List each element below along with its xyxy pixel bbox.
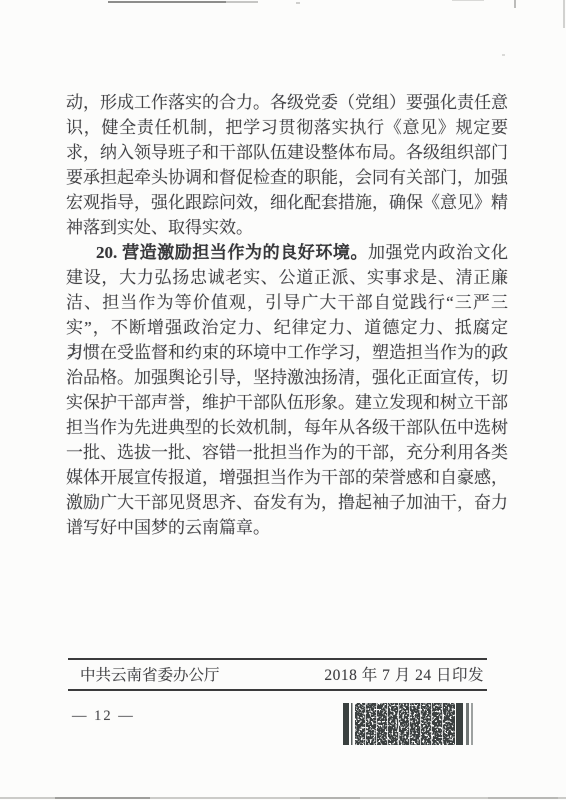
text-line: 实”，不断增强政治定力、纪律定力、道德定力、抵腐定力， [66,315,508,340]
scanned-document-page: 动，形成工作落实的合力。各级党委（党组）要强化责任意识，健全责任机制，把学习贯彻… [0,0,566,800]
print-date: 2018 年 7 月 24 日印发 [324,663,484,685]
page-number: — 12 — [72,708,135,725]
text-line: 识，健全责任机制，把学习贯彻落实执行《意见》规定要 [66,115,508,140]
document-barcode [343,703,476,745]
scan-artifact-top-line-faint [226,1,258,3]
text-line: 建设，大力弘扬忠诚老实、公道正派、实事求是、清正廉 [66,265,508,290]
scan-artifact-dot [502,54,505,56]
text-line: 治品格。加强舆论引导，坚持激浊扬清，强化正面宣传，切 [66,365,508,390]
scan-artifact-top-dash [452,0,484,1]
text-line: 激励广大干部见贤思齐、奋发有为，撸起袖子加油干，奋力 [66,490,508,515]
text-line: 20. 营造激励担当作为的良好环境。加强党内政治文化 [66,240,508,265]
scan-artifact-speck [296,2,300,4]
text-line: 洁、担当作为等价值观，引导广大干部自觉践行“三严三 [66,290,508,315]
scan-artifact-bottom-dark1 [55,797,150,800]
document-body: 动，形成工作落实的合力。各级党委（党组）要强化责任意识，健全责任机制，把学习贯彻… [66,90,508,540]
text-line: 实保护干部声誉，维护干部队伍形象。建立发现和树立干部 [66,390,508,415]
text-line: 动，形成工作落实的合力。各级党委（党组）要强化责任意 [66,90,508,115]
scan-artifact-bottom-line [0,797,566,799]
scan-artifact-top-line [108,1,226,3]
scan-artifact-bottom-dark3 [488,797,558,799]
print-footer: 中共云南省委办公厅 2018 年 7 月 24 日印发 [80,663,484,685]
text-line: 习惯在受监督和约束的环境中工作学习，塑造担当作为的政 [66,340,508,365]
text-line: 神落到实处、取得实效。 [66,215,508,240]
text-line: 求，纳入领导班子和干部队伍建设整体布局。各级组织部门 [66,140,508,165]
text-line: 一批、选拔一批、容错一批担当作为的干部，充分利用各类 [66,440,508,465]
scan-artifact-bottom-dark2 [300,797,360,799]
text-line: 要承担起牵头协调和督促检查的职能，会同有关部门，加强 [66,165,508,190]
footer-rule-top [68,658,487,660]
item-heading: 20. 营造激励担当作为的良好环境。 [96,243,368,262]
text-line: 谱写好中国梦的云南篇章。 [66,515,508,540]
text-line: 担当作为先进典型的长效机制，每年从各级干部队伍中选树 [66,415,508,440]
issuing-office: 中共云南省委办公厅 [80,663,220,685]
text-line: 媒体开展宣传报道，增强担当作为干部的荣誉感和自豪感， [66,465,508,490]
text-line: 宏观指导，强化跟踪问效，细化配套措施，确保《意见》精 [66,190,508,215]
footer-rule-bottom [68,689,487,691]
scan-artifact-right-smudge [563,0,565,28]
scan-artifact-top-tick [514,0,516,8]
